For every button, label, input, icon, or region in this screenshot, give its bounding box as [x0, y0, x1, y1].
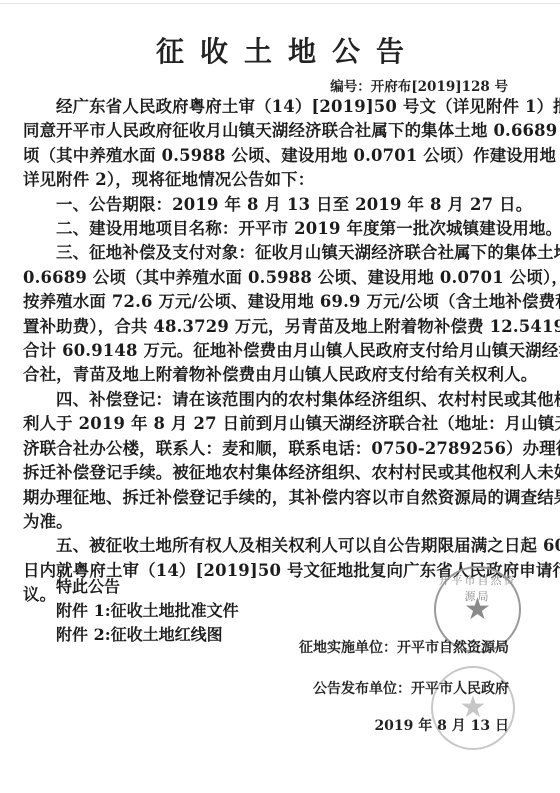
page-top-edge — [0, 3, 560, 4]
document-body: 经广东省人民政府粤府土审（14）[2019]50 号文（详见附件 1）批准， 同… — [23, 95, 498, 608]
item-3-compensation: 三、征地补偿及支付对象：征收月山镇天湖经济联合社属下的集体土地 0.6689 公… — [23, 241, 498, 387]
item-1-announcement-period: 一、公告期限：2019 年 8 月 13 日至 2019 年 8 月 27 日。 — [23, 193, 498, 217]
text-line: 合社，青苗及地上附着物补偿费由月山镇人民政府支付给有关权利人。 — [23, 363, 498, 387]
text-line: 经广东省人民政府粤府土审（14）[2019]50 号文（详见附件 1）批准， — [23, 95, 498, 119]
intro-paragraph: 经广东省人民政府粤府土审（14）[2019]50 号文（详见附件 1）批准， 同… — [23, 95, 498, 193]
text-line: 详见附件 2），现将征地情况公告如下： — [23, 168, 498, 192]
closing-notice: 特此公告 — [56, 575, 239, 599]
document-number: 编号：开府布[2019]128 号 — [330, 75, 508, 95]
text-line: 利人于 2019 年 8 月 27 日前到月山镇天湖经济联合社（地址：月山镇天湖… — [23, 412, 498, 436]
text-line: 同意开平市人民政府征收月山镇天湖经济联合社属下的集体土地 0.6689 公 — [23, 119, 498, 143]
text-line: 济联合社办公楼，联系人：麦和顺，联系电话：0750-2789256）办理征地、 — [23, 437, 498, 461]
text-line: 拆迁补偿登记手续。被征地农村集体经济组织、农村村民或其他权利人未如 — [23, 461, 498, 485]
text-line: 顷（其中养殖水面 0.5988 公顷、建设用地 0.0701 公顷）作建设用地（… — [23, 144, 498, 168]
text-line: 为准。 — [23, 510, 498, 534]
seal-text: 开平市自然资源局 — [436, 572, 519, 604]
document-title: 征收土地公告 — [0, 30, 560, 70]
publish-date: 2019 年 8 月 13 日 — [374, 715, 509, 735]
text-line: 二、建设用地项目名称：开平市 2019 年度第一批次城镇建设用地。 — [23, 217, 498, 241]
text-line: 合计 60.9148 万元。征地补偿费由月山镇人民政府支付给月山镇天湖经济联 — [23, 339, 498, 363]
item-2-project-name: 二、建设用地项目名称：开平市 2019 年度第一批次城镇建设用地。 — [23, 217, 498, 241]
text-line: 0.6689 公顷（其中养殖水面 0.5988 公顷、建设用地 0.0701 公… — [23, 266, 498, 290]
text-line: 按养殖水面 72.6 万元/公顷、建设用地 69.9 万元/公顷（含土地补偿费和… — [23, 290, 498, 314]
text-line: 期办理征地、拆迁补偿登记手续的，其补偿内容以市自然资源局的调查结果 — [23, 486, 498, 510]
text-line: 三、征地补偿及支付对象：征收月山镇天湖经济联合社属下的集体土地 — [23, 241, 498, 265]
text-line: 四、补偿登记：请在该范围内的农村集体经济组织、农村村民或其他权 — [23, 388, 498, 412]
item-4-registration: 四、补偿登记：请在该范围内的农村集体经济组织、农村村民或其他权 利人于 2019… — [23, 388, 498, 534]
text-line: 置补助费），合共 48.3729 万元，另青苗及地上附着物补偿费 12.5419… — [23, 315, 498, 339]
text-line: 一、公告期限：2019 年 8 月 13 日至 2019 年 8 月 27 日。 — [23, 193, 498, 217]
attachment-2: 附件 2:征收土地红线图 — [56, 623, 239, 647]
publishing-unit: 公告发布单位：开平市人民政府 — [313, 678, 509, 698]
closing-block: 特此公告 附件 1:征收土地批准文件 附件 2:征收土地红线图 — [56, 575, 239, 647]
text-line: 五、被征收土地所有权人及相关权利人可以自公告期限届满之日起 60 — [23, 534, 498, 558]
implementing-unit: 征地实施单位：开平市自然资源局 — [299, 637, 509, 657]
attachment-1: 附件 1:征收土地批准文件 — [56, 599, 239, 623]
